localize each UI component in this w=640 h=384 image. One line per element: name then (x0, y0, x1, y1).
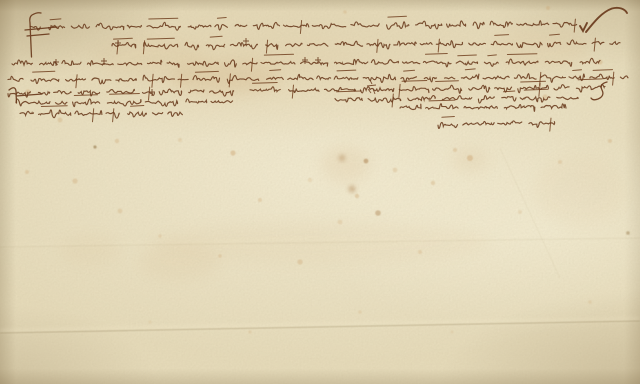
manuscript-render (0, 0, 640, 384)
paper-grain (0, 0, 640, 384)
manuscript-scan: Aged cream paper sheet with eight lines … (0, 0, 640, 384)
